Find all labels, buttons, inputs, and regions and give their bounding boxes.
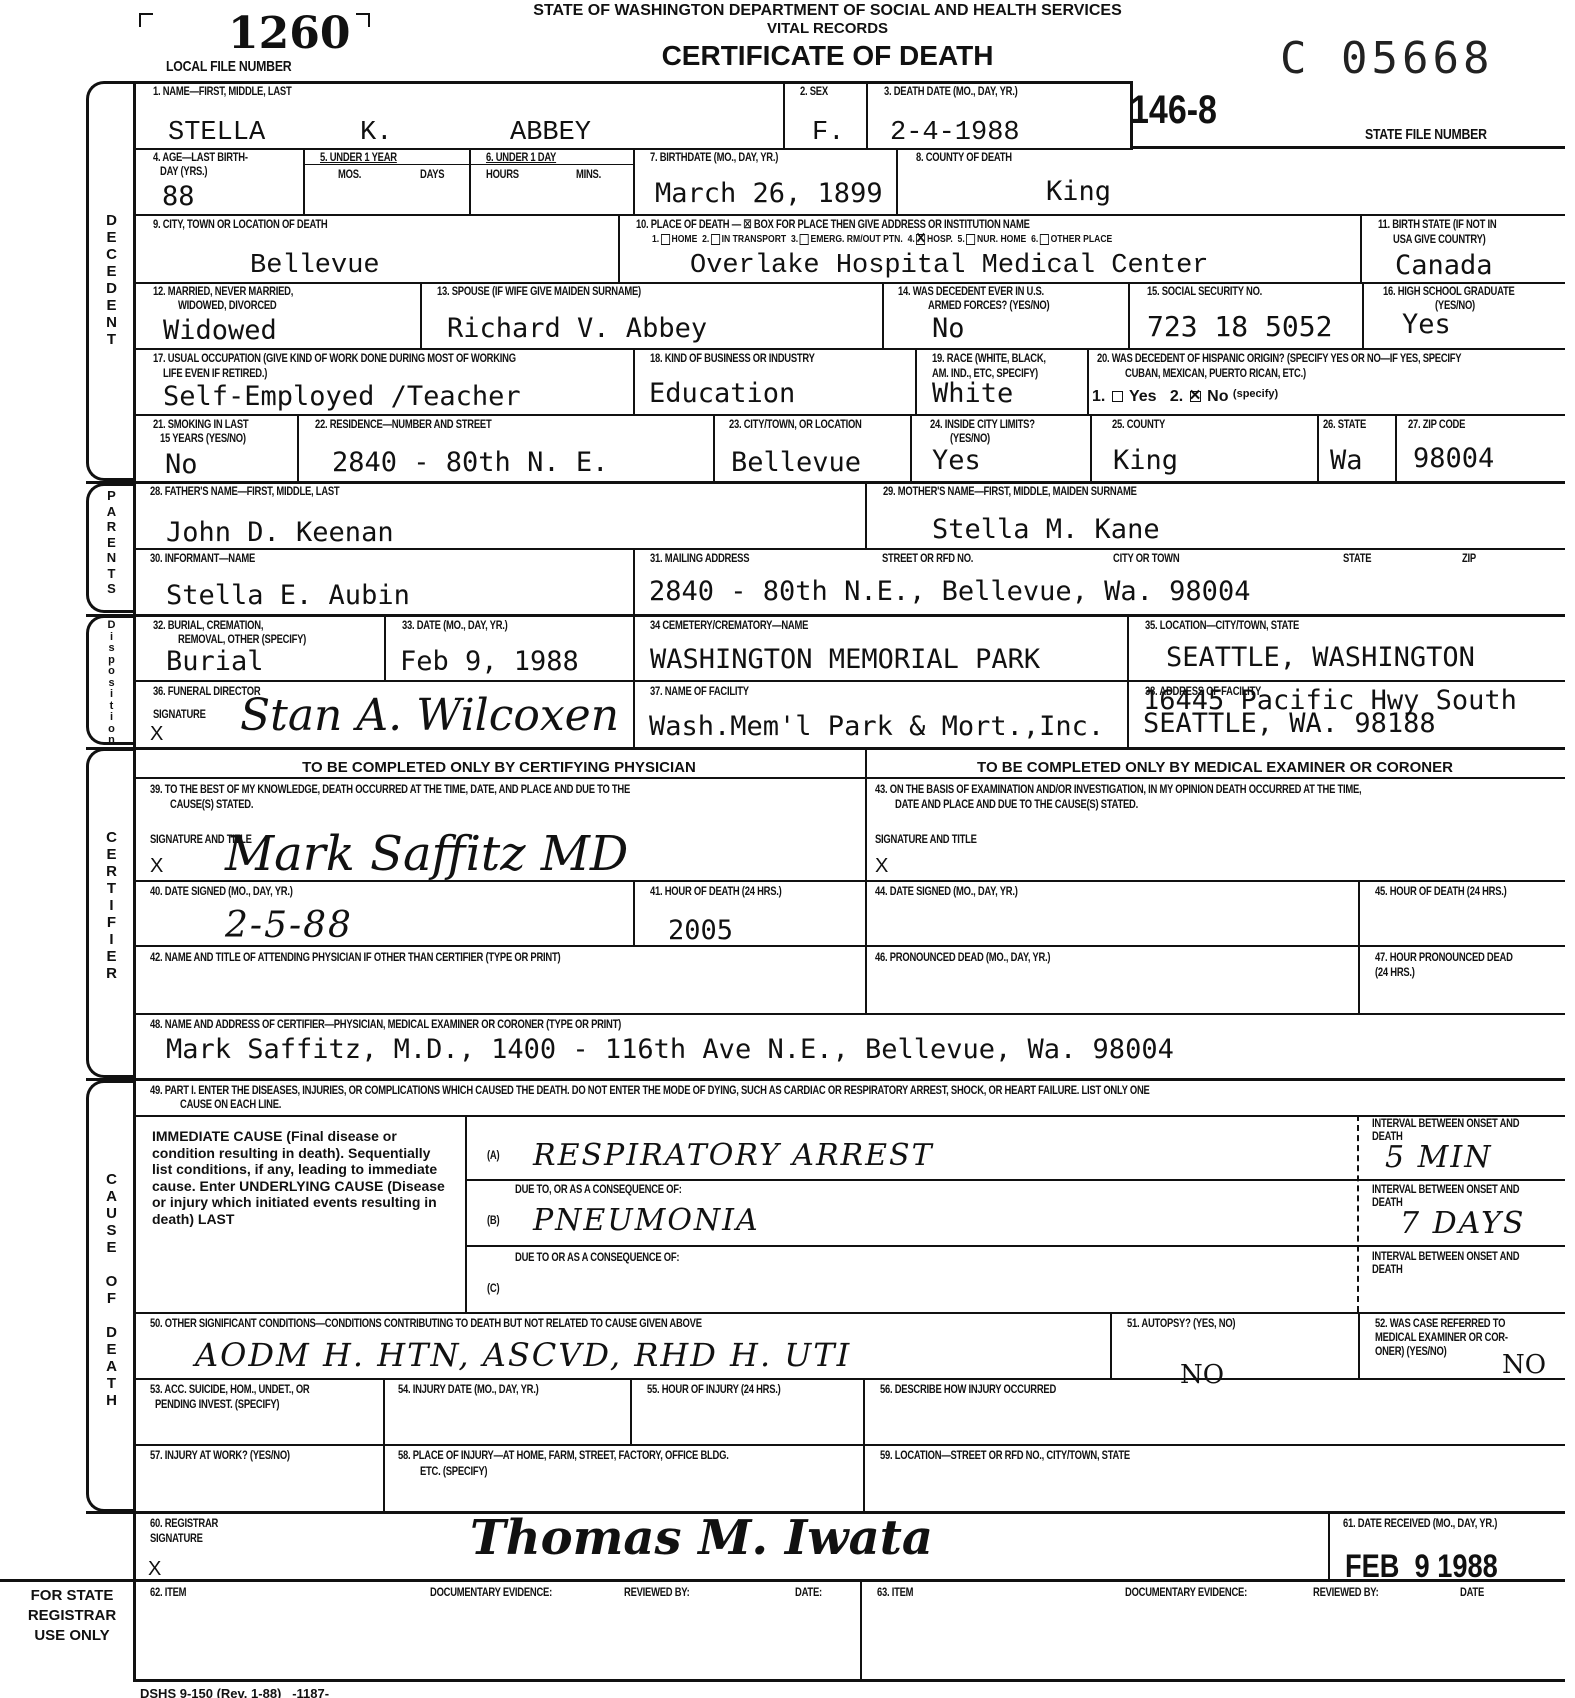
label-item63: 63. ITEM <box>877 1587 913 1600</box>
label-disposition-date: 33. DATE (Mo., Day, Yr.) <box>402 620 508 633</box>
rule <box>133 348 1565 350</box>
label-doc-evidence-63: DOCUMENTARY EVIDENCE: <box>1125 1587 1247 1600</box>
rule-bottom <box>133 1679 1565 1682</box>
rule <box>1087 348 1089 414</box>
state-file-number: 146-8 <box>1130 88 1217 133</box>
value-res-county: King <box>1113 447 1178 475</box>
value-occupation: Self-Employed /Teacher <box>163 383 521 411</box>
rule-top <box>133 81 1133 84</box>
value-cemetery-location: SEATTLE, WASHINGTON <box>1166 644 1475 672</box>
local-file-number: 1260 <box>228 10 350 58</box>
section-tab-certifier: CERTIFIER <box>86 748 134 1078</box>
corner-mark-right <box>356 13 370 27</box>
label-pronounced-hour-1: 47. HOUR PRONOUNCED DEAD <box>1375 952 1513 965</box>
label-pronounced-hour-2: (24 Hrs.) <box>1375 967 1415 980</box>
value-city: Bellevue <box>250 252 380 280</box>
label-referred-1: 52. WAS CASE REFERRED TO <box>1375 1318 1505 1331</box>
rule-section <box>86 747 1565 750</box>
rule <box>133 777 1565 779</box>
section-label-disposition: Disposition <box>89 620 134 747</box>
section-tab-decedent: DECEDENT <box>86 81 134 481</box>
section-label-certifier: CERTIFIER <box>89 829 134 982</box>
label-me-hour: 45. HOUR OF DEATH (24 Hrs.) <box>1375 886 1507 899</box>
label-cause-a: (A) <box>487 1150 499 1163</box>
value-ssn: 723 18 5052 <box>1147 313 1332 341</box>
physician-header: TO BE COMPLETED ONLY BY CERTIFYING PHYSI… <box>133 759 865 776</box>
section-label-cause-of-death: CAUSEOFDEATH <box>89 1171 134 1409</box>
label-disposition-method-1: 32. BURIAL, CREMATION, <box>153 620 263 633</box>
rule <box>630 1378 632 1444</box>
rule <box>384 614 386 680</box>
label-hispanic-1: 20. Was Decedent of Hispanic Origin? (sp… <box>1097 353 1461 366</box>
x-mark-examiner: X <box>875 852 888 880</box>
value-birthdate: March 26, 1899 <box>655 180 883 208</box>
rule <box>133 214 1565 216</box>
label-injury-work: 57. INJURY AT WORK? (Yes/No) <box>150 1450 290 1463</box>
label-days: DAYS <box>420 169 444 182</box>
label-stmt39-2: CAUSE(S) STATED. <box>170 799 253 812</box>
value-age: 88 <box>162 183 195 211</box>
rule <box>910 414 912 481</box>
value-cause-b: PNEUMONIA <box>533 1203 760 1238</box>
label-stmt39-1: 39. TO THE BEST OF MY KNOWLEDGE, DEATH O… <box>150 784 630 797</box>
rule <box>896 148 898 214</box>
label-father: 28. FATHER'S NAME—FIRST, MIDDLE, LAST <box>150 486 339 499</box>
label-reviewed-by-63: REVIEWED BY: <box>1313 1587 1379 1600</box>
rule <box>1358 1312 1360 1378</box>
value-residence: 2840 - 80th N. E. <box>332 449 608 477</box>
state-file-number-label: STATE FILE NUMBER <box>1365 128 1487 141</box>
label-part1-1: 49. PART I. ENTER THE DISEASES, INJURIES… <box>150 1085 1150 1098</box>
rule <box>133 1444 1565 1446</box>
label-cemetery-location: 35. LOCATION—CITY/TOWN, STATE <box>1145 620 1299 633</box>
place-options: 1.1. HOMEHOME 2.IN TRANSPORT 3.EMERG. RM… <box>652 233 1112 245</box>
rule <box>882 282 884 348</box>
rule <box>0 1579 1565 1582</box>
label-cause-b: (B) <box>487 1215 499 1228</box>
rule <box>469 148 471 214</box>
label-injury-location: 59. LOCATION—STREET OR RFD NO., CITY/TOW… <box>880 1450 1130 1463</box>
section-tab-parents: PARENTS <box>86 483 134 613</box>
label-death-date: 3. DEATH DATE (Mo., Day, Yr.) <box>884 86 1017 99</box>
place-option-emerg[interactable]: 3.EMERG. RM/OUT PTN. <box>791 233 903 245</box>
label-hour-of-death: 41. HOUR OF DEATH (24 Hrs.) <box>650 886 782 899</box>
rule <box>420 282 422 348</box>
label-doc-evidence-62: DOCUMENTARY EVIDENCE: <box>430 1587 552 1600</box>
label-attending: 42. NAME AND TITLE OF ATTENDING PHYSICIA… <box>150 952 560 965</box>
label-zip: 27. ZIP CODE <box>1408 419 1465 432</box>
rule <box>465 1115 467 1312</box>
label-injury-how: 56. DESCRIBE HOW INJURY OCCURRED <box>880 1384 1056 1397</box>
value-interval-b: 7 DAYS <box>1400 1206 1525 1241</box>
label-smoking-1: 21. SMOKING IN LAST <box>153 419 248 432</box>
label-part1-2: CAUSE ON EACH LINE. <box>180 1099 281 1112</box>
label-item62: 62. ITEM <box>150 1587 186 1600</box>
label-informant: 30. INFORMANT—NAME <box>150 553 255 566</box>
value-inside-city: Yes <box>932 447 981 475</box>
label-res-county: 25. COUNTY <box>1112 419 1165 432</box>
label-other-conditions: 50. OTHER SIGNIFICANT CONDITIONS—CONDITI… <box>150 1318 702 1331</box>
x-mark-director: X <box>150 720 163 748</box>
rule <box>633 148 635 214</box>
rule <box>133 1115 1565 1117</box>
examiner-header: TO BE COMPLETED ONLY BY MEDICAL EXAMINER… <box>865 759 1565 776</box>
checkbox-home[interactable] <box>661 234 670 245</box>
value-informant: Stella E. Aubin <box>166 582 410 610</box>
checkbox-emerg[interactable] <box>800 234 809 245</box>
funeral-director-signature[interactable]: Stan A. Wilcoxen <box>240 690 619 741</box>
value-cause-a: RESPIRATORY ARREST <box>533 1138 934 1173</box>
rule <box>465 1245 1565 1247</box>
value-disposition-date: Feb 9, 1988 <box>400 648 579 676</box>
checkbox-nur-home[interactable] <box>966 234 975 245</box>
label-industry: 18. KIND OF BUSINESS OR INDUSTRY <box>650 353 815 366</box>
place-option-hosp[interactable]: 4.HOSP. <box>908 233 953 245</box>
label-stmt43-1: 43. ON THE BASIS OF EXAMINATION AND/OR I… <box>875 784 1361 797</box>
registrar-signature[interactable]: Thomas M. Iwata <box>470 1510 933 1566</box>
rule <box>465 1179 1565 1181</box>
value-institution: Overlake Hospital Medical Center <box>690 252 1208 280</box>
rule-interval <box>1357 1115 1359 1312</box>
rule <box>303 148 305 214</box>
value-certifier: Mark Saffitz, M.D., 1400 - 116th Ave N.E… <box>166 1036 1174 1064</box>
label-name: 1. NAME—FIRST, MIDDLE, LAST <box>153 86 291 99</box>
physician-signature[interactable]: Mark Saffitz MD <box>225 826 628 882</box>
rule <box>297 414 299 481</box>
rule <box>133 880 1565 882</box>
value-autopsy: NO <box>1180 1360 1224 1390</box>
label-autopsy: 51. AUTOPSY? (Yes, No) <box>1127 1318 1235 1331</box>
label-ssn: 15. SOCIAL SECURITY NO. <box>1147 286 1262 299</box>
label-date-signed: 40. DATE SIGNED (Mo., Day, Yr.) <box>150 886 293 899</box>
value-disposition-method: Burial <box>166 648 264 676</box>
rule <box>133 548 1565 550</box>
section-label-decedent: DECEDENT <box>89 212 134 348</box>
label-under-day: 6. UNDER 1 DAY <box>486 152 556 165</box>
label-res-state: 26. STATE <box>1323 419 1366 432</box>
rule <box>1362 282 1364 348</box>
hispanic-specify: (specify) <box>1233 388 1278 400</box>
label-occupation-2: life even if retired.) <box>163 368 267 381</box>
label-date-63: DATE <box>1460 1587 1484 1600</box>
label-cause-c: (C) <box>487 1283 499 1296</box>
label-armed-2: ARMED FORCES? (Yes/No) <box>928 300 1049 313</box>
checkbox-hispanic-yes[interactable] <box>1112 391 1123 402</box>
label-occupation-1: 17. USUAL OCCUPATION (Give kind of work … <box>153 353 516 366</box>
label-marital-1: 12. MARRIED, NEVER MARRIED, <box>153 286 293 299</box>
label-street: STREET OR RFD NO. <box>882 553 973 566</box>
label-registrar-1: 60. REGISTRAR <box>150 1518 218 1531</box>
rule <box>133 282 1565 284</box>
value-zip: 98004 <box>1413 445 1494 473</box>
value-date-signed: 2-5-88 <box>225 905 353 946</box>
rule <box>133 680 1565 682</box>
label-place-of-death: 10. PLACE OF DEATH — ☒ BOX FOR PLACE THE… <box>636 219 1030 232</box>
hispanic-yes-option[interactable]: 1. Yes <box>1092 388 1157 405</box>
label-mail-city: CITY OR TOWN <box>1113 553 1179 566</box>
label-birth-state-1: 11. BIRTH STATE (If not in <box>1378 219 1496 232</box>
label-mother: 29. MOTHER'S NAME—FIRST, MIDDLE, MAIDEN … <box>883 486 1137 499</box>
label-inside-city-1: 24. INSIDE CITY LIMITS? <box>930 419 1035 432</box>
local-file-number-label: LOCAL FILE NUMBER <box>166 60 291 73</box>
checkbox-hosp-checked[interactable] <box>916 234 925 245</box>
rule <box>915 348 917 414</box>
value-industry: Education <box>649 380 795 408</box>
label-cemetery: 34 CEMETERY/CREMATORY—NAME <box>650 620 808 633</box>
rule-section <box>86 614 1565 617</box>
place-option-home[interactable]: 1.1. HOMEHOME <box>652 233 697 245</box>
label-injury-date: 54. INJURY DATE (Mo., Day, Yr.) <box>398 1384 539 1397</box>
label-mos: MOS. <box>338 169 361 182</box>
rule <box>618 214 620 282</box>
label-mins: MINS. <box>576 169 601 182</box>
value-mailing: 2840 - 80th N.E., Bellevue, Wa. 98004 <box>649 578 1250 606</box>
x-mark-physician: X <box>150 852 163 880</box>
value-res-state: Wa <box>1330 447 1363 475</box>
rule <box>133 1312 1565 1314</box>
rule <box>1360 214 1362 282</box>
label-county: 8. COUNTY OF DEATH <box>916 152 1012 165</box>
label-pronounced: 46. PRONOUNCED DEAD (Mo., Day, Yr.) <box>875 952 1050 965</box>
value-marital: Widowed <box>163 317 277 345</box>
value-sex: F. <box>812 119 844 147</box>
label-race-1: 19. RACE (White, Black, <box>932 353 1046 366</box>
value-cemetery: WASHINGTON MEMORIAL PARK <box>650 646 1040 674</box>
label-mail-zip: ZIP <box>1462 553 1476 566</box>
section-tab-cause-of-death: CAUSEOFDEATH <box>86 1080 134 1512</box>
corner-mark-left <box>139 13 153 27</box>
label-reviewed-by-62: REVIEWED BY: <box>624 1587 690 1600</box>
label-due-to-1: DUE TO, OR AS A CONSEQUENCE OF: <box>515 1184 682 1197</box>
label-facility: 37. NAME OF FACILITY <box>650 686 749 699</box>
rule <box>633 348 635 414</box>
place-option-other[interactable]: 6.OTHER PLACE <box>1031 233 1112 245</box>
serial-number: C 05668 <box>1280 33 1493 84</box>
value-county: King <box>1046 178 1111 206</box>
certificate-title: CERTIFICATE OF DEATH <box>600 40 1055 72</box>
rule <box>1110 1312 1112 1378</box>
value-smoking: No <box>165 451 198 479</box>
section-tab-disposition: Disposition <box>86 615 134 745</box>
label-me-date-signed: 44. DATE SIGNED (Mo., Day, Yr.) <box>875 886 1018 899</box>
label-armed-1: 14. WAS DECEDENT EVER IN U.S. <box>898 286 1044 299</box>
label-injury-place-2: ETC. (Specify) <box>420 1466 487 1479</box>
rule <box>783 81 785 148</box>
rule <box>133 1013 1565 1015</box>
label-date-62: DATE: <box>795 1587 822 1600</box>
label-registrar-2: SIGNATURE <box>150 1533 203 1546</box>
value-hs: Yes <box>1402 311 1451 339</box>
value-spouse: Richard V. Abbey <box>447 315 707 343</box>
value-last-name: ABBEY <box>510 119 591 147</box>
label-date-received: 61. DATE RECEIVED (Mo., Day, Yr.) <box>1343 1518 1497 1531</box>
label-stmt43-2: DATE AND PLACE AND DUE TO THE CAUSE(S) S… <box>895 799 1138 812</box>
label-birthdate: 7. BIRTHDATE (Mo., Day, Yr.) <box>650 152 778 165</box>
rule <box>866 81 868 148</box>
rule-section <box>86 1078 1565 1081</box>
place-option-nur-home[interactable]: 5.NUR. HOME <box>958 233 1027 245</box>
rule <box>133 1378 1565 1380</box>
rule <box>133 945 1565 947</box>
rule <box>1128 282 1130 348</box>
section-label-parents: PARENTS <box>89 488 134 597</box>
checkbox-other[interactable] <box>1040 234 1049 245</box>
rule <box>1328 1511 1330 1579</box>
label-smoking-2: 15 YEARS (Yes/No) <box>160 433 246 446</box>
value-father: John D. Keenan <box>166 519 394 547</box>
division-name: VITAL RECORDS <box>460 20 1195 37</box>
rule <box>713 414 715 481</box>
label-res-city: 23. CITY/TOWN, OR LOCATION <box>729 419 862 432</box>
value-interval-a: 5 MIN <box>1385 1140 1492 1175</box>
label-injury-place-1: 58. PLACE OF INJURY—AT HOME, FARM, STREE… <box>398 1450 729 1463</box>
label-due-to-2: DUE TO OR AS A CONSEQUENCE OF: <box>515 1252 679 1265</box>
value-first-name: STELLA <box>168 119 265 147</box>
label-birth-state-2: USA give country) <box>1393 234 1486 247</box>
label-hispanic-2: Cuban, Mexican, Puerto Rican, etc.) <box>1125 368 1306 381</box>
rule <box>303 164 633 165</box>
rule <box>1090 414 1092 481</box>
label-manner-1: 53. ACC. SUICIDE, HOM., UNDET., OR <box>150 1384 309 1397</box>
label-injury-hour: 55. HOUR OF INJURY (24 Hrs.) <box>647 1384 781 1397</box>
value-middle-name: K. <box>360 119 392 147</box>
label-spouse: 13. SPOUSE (If Wife give Maiden Surname) <box>437 286 641 299</box>
checkbox-hispanic-no-checked[interactable] <box>1190 391 1201 402</box>
rule-state-file <box>1130 146 1565 149</box>
label-hs-1: 16. HIGH SCHOOL GRADUATE <box>1383 286 1515 299</box>
label-residence: 22. RESIDENCE—NUMBER AND STREET <box>315 419 491 432</box>
label-interval-c: INTERVAL BETWEEN ONSET AND DEATH <box>1372 1251 1528 1277</box>
label-mail-state: STATE <box>1343 553 1371 566</box>
label-hours: HOURS <box>486 169 519 182</box>
value-armed: No <box>932 315 965 343</box>
label-referred-2: MEDICAL EXAMINER OR COR- <box>1375 1332 1508 1345</box>
label-age-1: 4. AGE—LAST BIRTH- <box>153 152 248 165</box>
form-number: DSHS 9-150 (Rev. 1-88) -1187- <box>140 1686 329 1698</box>
checkbox-transport[interactable] <box>711 234 720 245</box>
rule <box>1317 414 1319 481</box>
rule <box>633 548 635 614</box>
state-registrar-label: FOR STATEREGISTRARUSE ONLY <box>12 1586 132 1646</box>
rule <box>865 481 867 548</box>
value-race: White <box>932 380 1013 408</box>
cause-instructions: IMMEDIATE CAUSE (Final disease or condit… <box>152 1128 452 1227</box>
label-examiner-signature: SIGNATURE AND TITLE <box>875 834 977 847</box>
agency-name: STATE OF WASHINGTON DEPARTMENT OF SOCIAL… <box>460 2 1195 20</box>
label-sex: 2. SEX <box>800 86 828 99</box>
label-city: 9. CITY, TOWN OR LOCATION OF DEATH <box>153 219 327 232</box>
value-other-conditions: AODM H. HTN, ASCVD, RHD H. UTI <box>195 1336 851 1374</box>
label-age-2: DAY (Yrs.) <box>160 166 207 179</box>
rule <box>860 1579 862 1681</box>
label-mailing: 31. MAILING ADDRESS <box>650 553 749 566</box>
value-facility-address-2: SEATTLE, WA. 98188 <box>1143 710 1436 738</box>
label-manner-2: PENDING INVEST. (Specify) <box>155 1399 279 1412</box>
value-res-city: Bellevue <box>731 449 861 477</box>
rule-section <box>86 481 1565 484</box>
rule <box>633 880 635 945</box>
place-option-transport[interactable]: 2.IN TRANSPORT <box>702 233 786 245</box>
rule-top-right <box>1130 81 1133 147</box>
value-mother: Stella M. Kane <box>932 516 1160 544</box>
value-birth-state: Canada <box>1395 252 1493 280</box>
value-referred: NO <box>1502 1350 1546 1380</box>
value-facility: Wash.Mem'l Park & Mort.,Inc. <box>649 713 1104 741</box>
label-referred-3: ONER) (Yes/No) <box>1375 1346 1446 1359</box>
hispanic-options: 1. Yes 2. No (specify) <box>1092 388 1278 406</box>
rule <box>133 414 1565 416</box>
value-hour-of-death: 2005 <box>668 917 733 945</box>
label-marital-2: WIDOWED, DIVORCED <box>178 300 277 313</box>
hispanic-no-option[interactable]: 2. No <box>1170 388 1229 405</box>
rule <box>1395 414 1397 481</box>
value-death-date: 2-4-1988 <box>890 119 1020 147</box>
label-certifier: 48. NAME AND ADDRESS OF CERTIFIER—PHYSIC… <box>150 1019 621 1032</box>
